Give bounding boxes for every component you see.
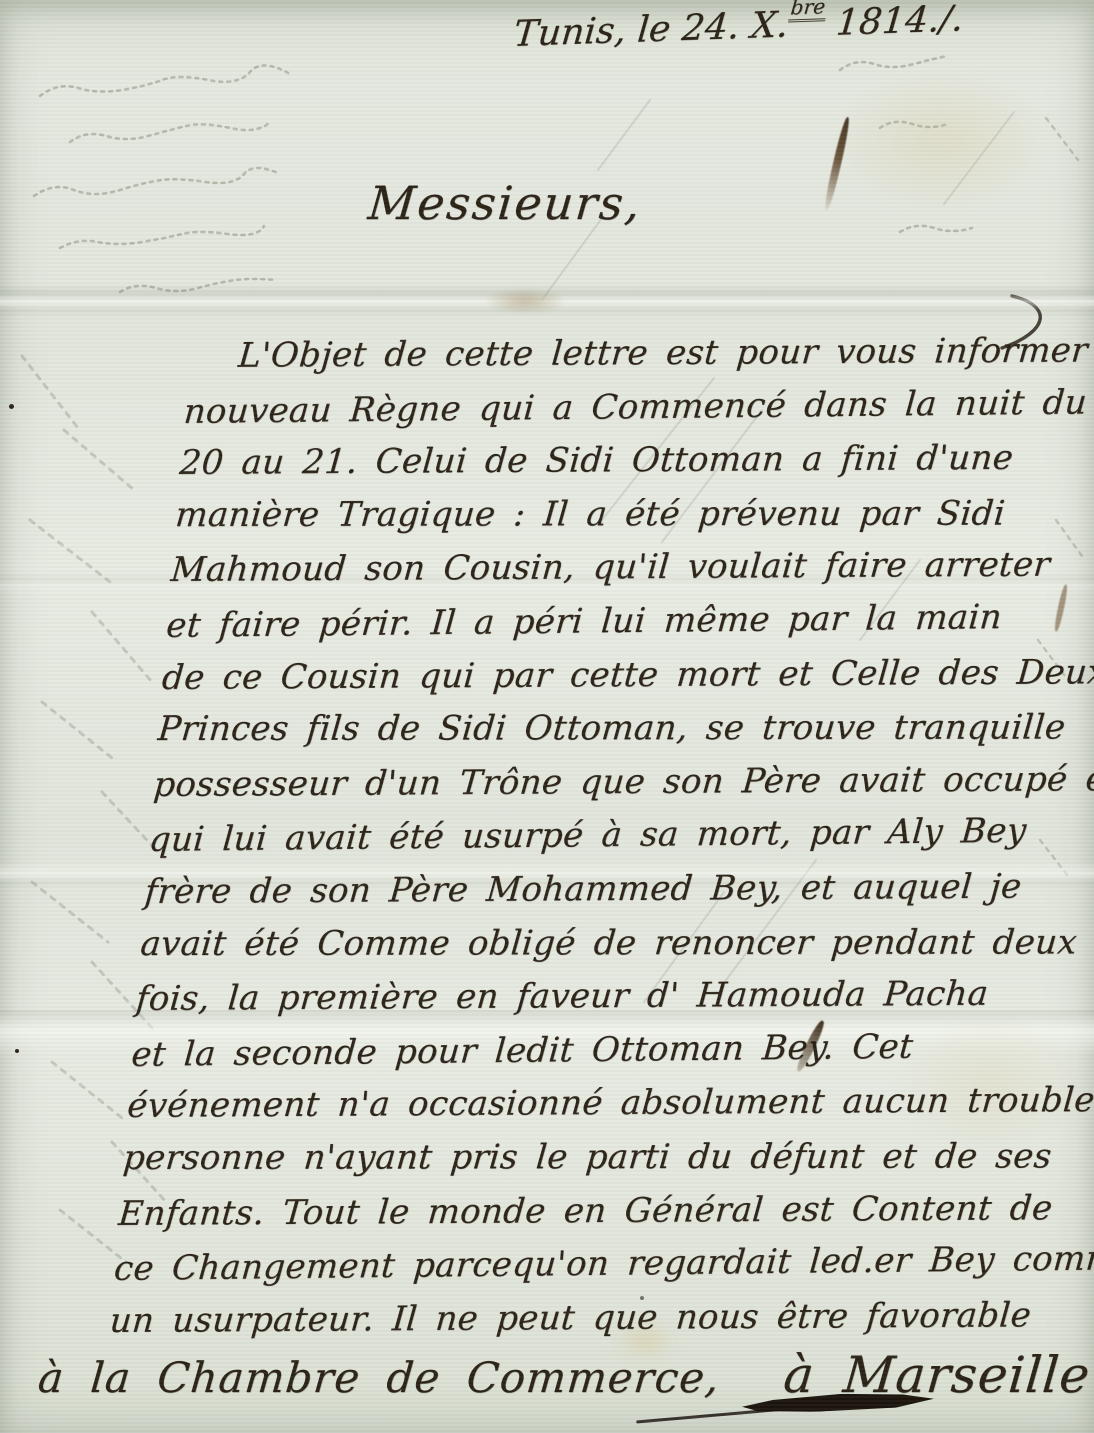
letter-body-line: L'Objet de cette lettre est pour vous in… [186,331,1077,390]
letter-body-line: 20 au 21. Celui de Sidi Ottoman a fini d… [177,438,1068,497]
ink-smudge [1053,584,1069,632]
ink-speck [15,1049,19,1053]
letter-body-line: de ce Cousin qui par cette mort et Celle… [159,652,1050,711]
letter-body-line: personne n'ayant pris le parti du défunt… [120,1136,1011,1191]
letter-body-line: Princes fils de Sidi Ottoman, se trouve … [155,708,1046,763]
paper-stain [470,284,580,318]
letter-body-line: et la seconde pour ledit Ottoman Bey. Ce… [129,1025,1020,1088]
ink-speck [9,404,14,409]
letter-body-line: nouveau Règne qui a Commencé dans la nui… [181,382,1072,445]
letter-body-line: Enfants. Tout le monde en Général est Co… [116,1188,1007,1247]
footer-address: à la Chambre de Commerce, [36,1353,722,1402]
letter-body-line: manière Tragique : Il a été prévenu par … [173,493,1064,548]
letter-page: Tunis, le 24. X.bre 1814./. Messieurs, L… [0,0,1094,1433]
dateline-month-superscript: bre [788,0,827,22]
salutation: Messieurs, [366,176,644,230]
letter-body-line: frère de son Père Mohammed Bey, et auque… [142,867,1033,926]
footer-address-line: à la Chambre de Commerce,à Marseille [36,1346,1093,1404]
letter-body-line: avait été Comme obligé de renoncer penda… [138,922,1029,977]
letter-body-line: fois, la première en faveur d' Hamouda P… [133,974,1024,1033]
marseille-underline-tail [636,1407,786,1423]
letter-body-line: Mahmoud son Cousin, qu'il voulait faire … [168,545,1059,604]
dateline-place-day: Tunis, le 24. X. [512,4,790,55]
dateline-year: 1814./. [823,0,965,44]
dateline: Tunis, le 24. X.bre 1814./. [512,0,965,55]
letter-body-line: qui lui avait été usurpé à sa mort, par … [146,811,1037,874]
letter-body-line: et faire périr. Il a péri lui même par l… [164,597,1055,660]
paper-stain [790,40,1090,240]
letter-body-line: événement n'a occasionné absolument aucu… [125,1081,1016,1140]
footer-destination: à Marseille [781,1346,1093,1404]
fold-crease [0,284,1094,318]
letter-body-line: possesseur d'un Trône que son Père avait… [151,759,1042,818]
letter-body-line: ce Changement parcequ'on regardait led.e… [111,1240,1002,1303]
letter-body: L'Objet de cette lettre est pour vous in… [107,331,1076,1355]
ink-smudge [822,116,851,211]
